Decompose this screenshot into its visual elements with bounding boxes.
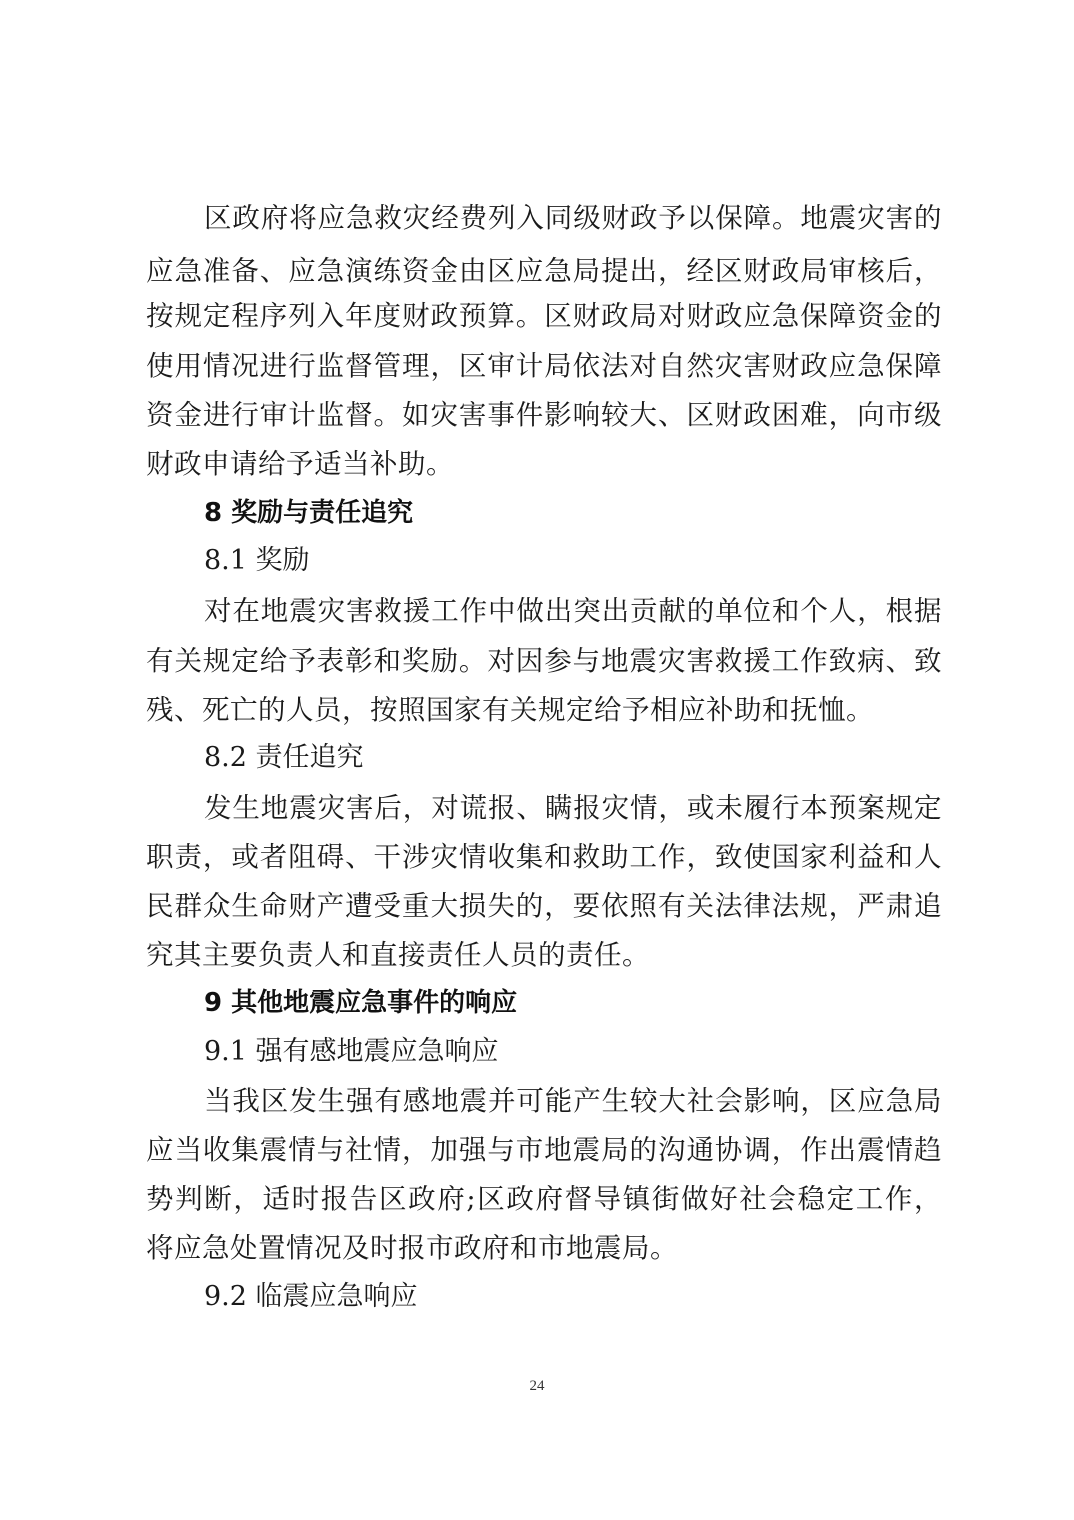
paragraph-line: 发生地震灾害后，对谎报、瞒报灾情，或未履行本预案规定 bbox=[204, 788, 942, 828]
paragraph-line: 按规定程序列入年度财政预算。区财政局对财政应急保障资金的 bbox=[146, 296, 942, 336]
paragraph-line: 有关规定给予表彰和奖励。对因参与地震灾害救援工作致病、致 bbox=[146, 641, 942, 681]
paragraph-line: 财政申请给予适当补助。 bbox=[146, 444, 942, 484]
paragraph-line: 应当收集震情与社情，加强与市地震局的沟通协调，作出震情趋 bbox=[146, 1130, 942, 1170]
paragraph-line: 将应急处置情况及时报市政府和市地震局。 bbox=[146, 1228, 942, 1268]
page-number: 24 bbox=[0, 1378, 1074, 1395]
paragraph-line: 应急准备、应急演练资金由区应急局提出，经区财政局审核后， bbox=[146, 251, 942, 291]
paragraph-line: 使用情况进行监督管理，区审计局依法对自然灾害财政应急保障 bbox=[146, 346, 942, 386]
paragraph-line: 究其主要负责人和直接责任人员的责任。 bbox=[146, 935, 942, 975]
paragraph-line: 民群众生命财产遭受重大损失的，要依照有关法律法规，严肃追 bbox=[146, 886, 942, 926]
subsection-heading-9-1: 9.1 强有感地震应急响应 bbox=[204, 1032, 499, 1072]
section-heading-9: 9 其他地震应急事件的响应 bbox=[204, 983, 517, 1023]
paragraph-line: 残、死亡的人员，按照国家有关规定给予相应补助和抚恤。 bbox=[146, 690, 942, 730]
subsection-heading-9-2: 9.2 临震应急响应 bbox=[204, 1277, 418, 1317]
paragraph-line: 势判断，适时报告区政府;区政府督导镇街做好社会稳定工作， bbox=[146, 1179, 942, 1219]
paragraph-line: 区政府将应急救灾经费列入同级财政予以保障。地震灾害的 bbox=[204, 198, 942, 238]
subsection-heading-8-2: 8.2 责任追究 bbox=[204, 738, 364, 778]
subsection-heading-8-1: 8.1 奖励 bbox=[204, 541, 310, 581]
paragraph-line: 当我区发生强有感地震并可能产生较大社会影响，区应急局 bbox=[204, 1081, 942, 1121]
paragraph-line: 职责，或者阻碍、干涉灾情收集和救助工作，致使国家利益和人 bbox=[146, 837, 942, 877]
document-page: 区政府将应急救灾经费列入同级财政予以保障。地震灾害的 应急准备、应急演练资金由区… bbox=[0, 0, 1074, 1520]
paragraph-line: 资金进行审计监督。如灾害事件影响较大、区财政困难，向市级 bbox=[146, 395, 942, 435]
paragraph-line: 对在地震灾害救援工作中做出突出贡献的单位和个人，根据 bbox=[204, 591, 942, 631]
section-heading-8: 8 奖励与责任追究 bbox=[204, 493, 413, 533]
